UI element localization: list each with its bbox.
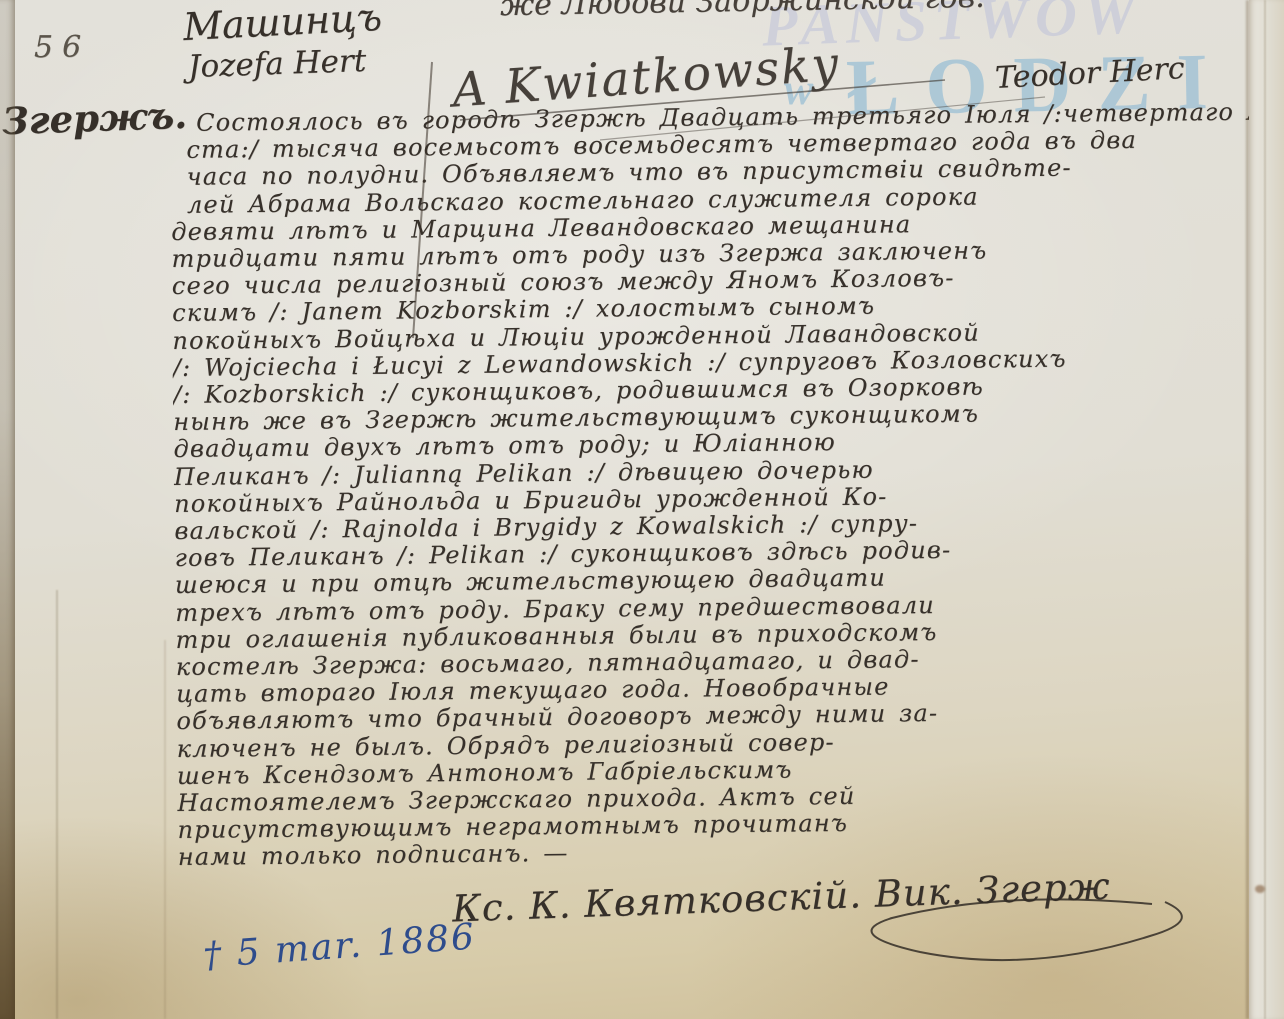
record-number: 56 [34, 30, 90, 65]
priest-closing-signature: Кс. К. Квятковскій. Вик. Згерж [451, 865, 1111, 931]
scanned-register-page: PAŃSTWOW w ŁODZI 56 Машинцъ Jozefa Hert … [0, 0, 1284, 1019]
paper-stain [1255, 885, 1265, 893]
blue-ink-date-note: † 5 mar. 1886 [202, 917, 477, 977]
record-body: Состоялось въ городѣ Згержѣ Двадцать тре… [170, 98, 1278, 871]
paper-fold-middle [164, 640, 166, 1019]
margin-place-name: Згержъ. [1, 93, 187, 143]
gutter-crease-secondary [1264, 0, 1266, 1019]
margin-name-cyrillic: Машинцъ [182, 0, 383, 49]
next-page-edge [1249, 0, 1284, 1019]
paper-fold-left [56, 590, 58, 1019]
page-left-edge [0, 0, 15, 1019]
margin-name-latin: Jozefa Hert [187, 43, 366, 85]
